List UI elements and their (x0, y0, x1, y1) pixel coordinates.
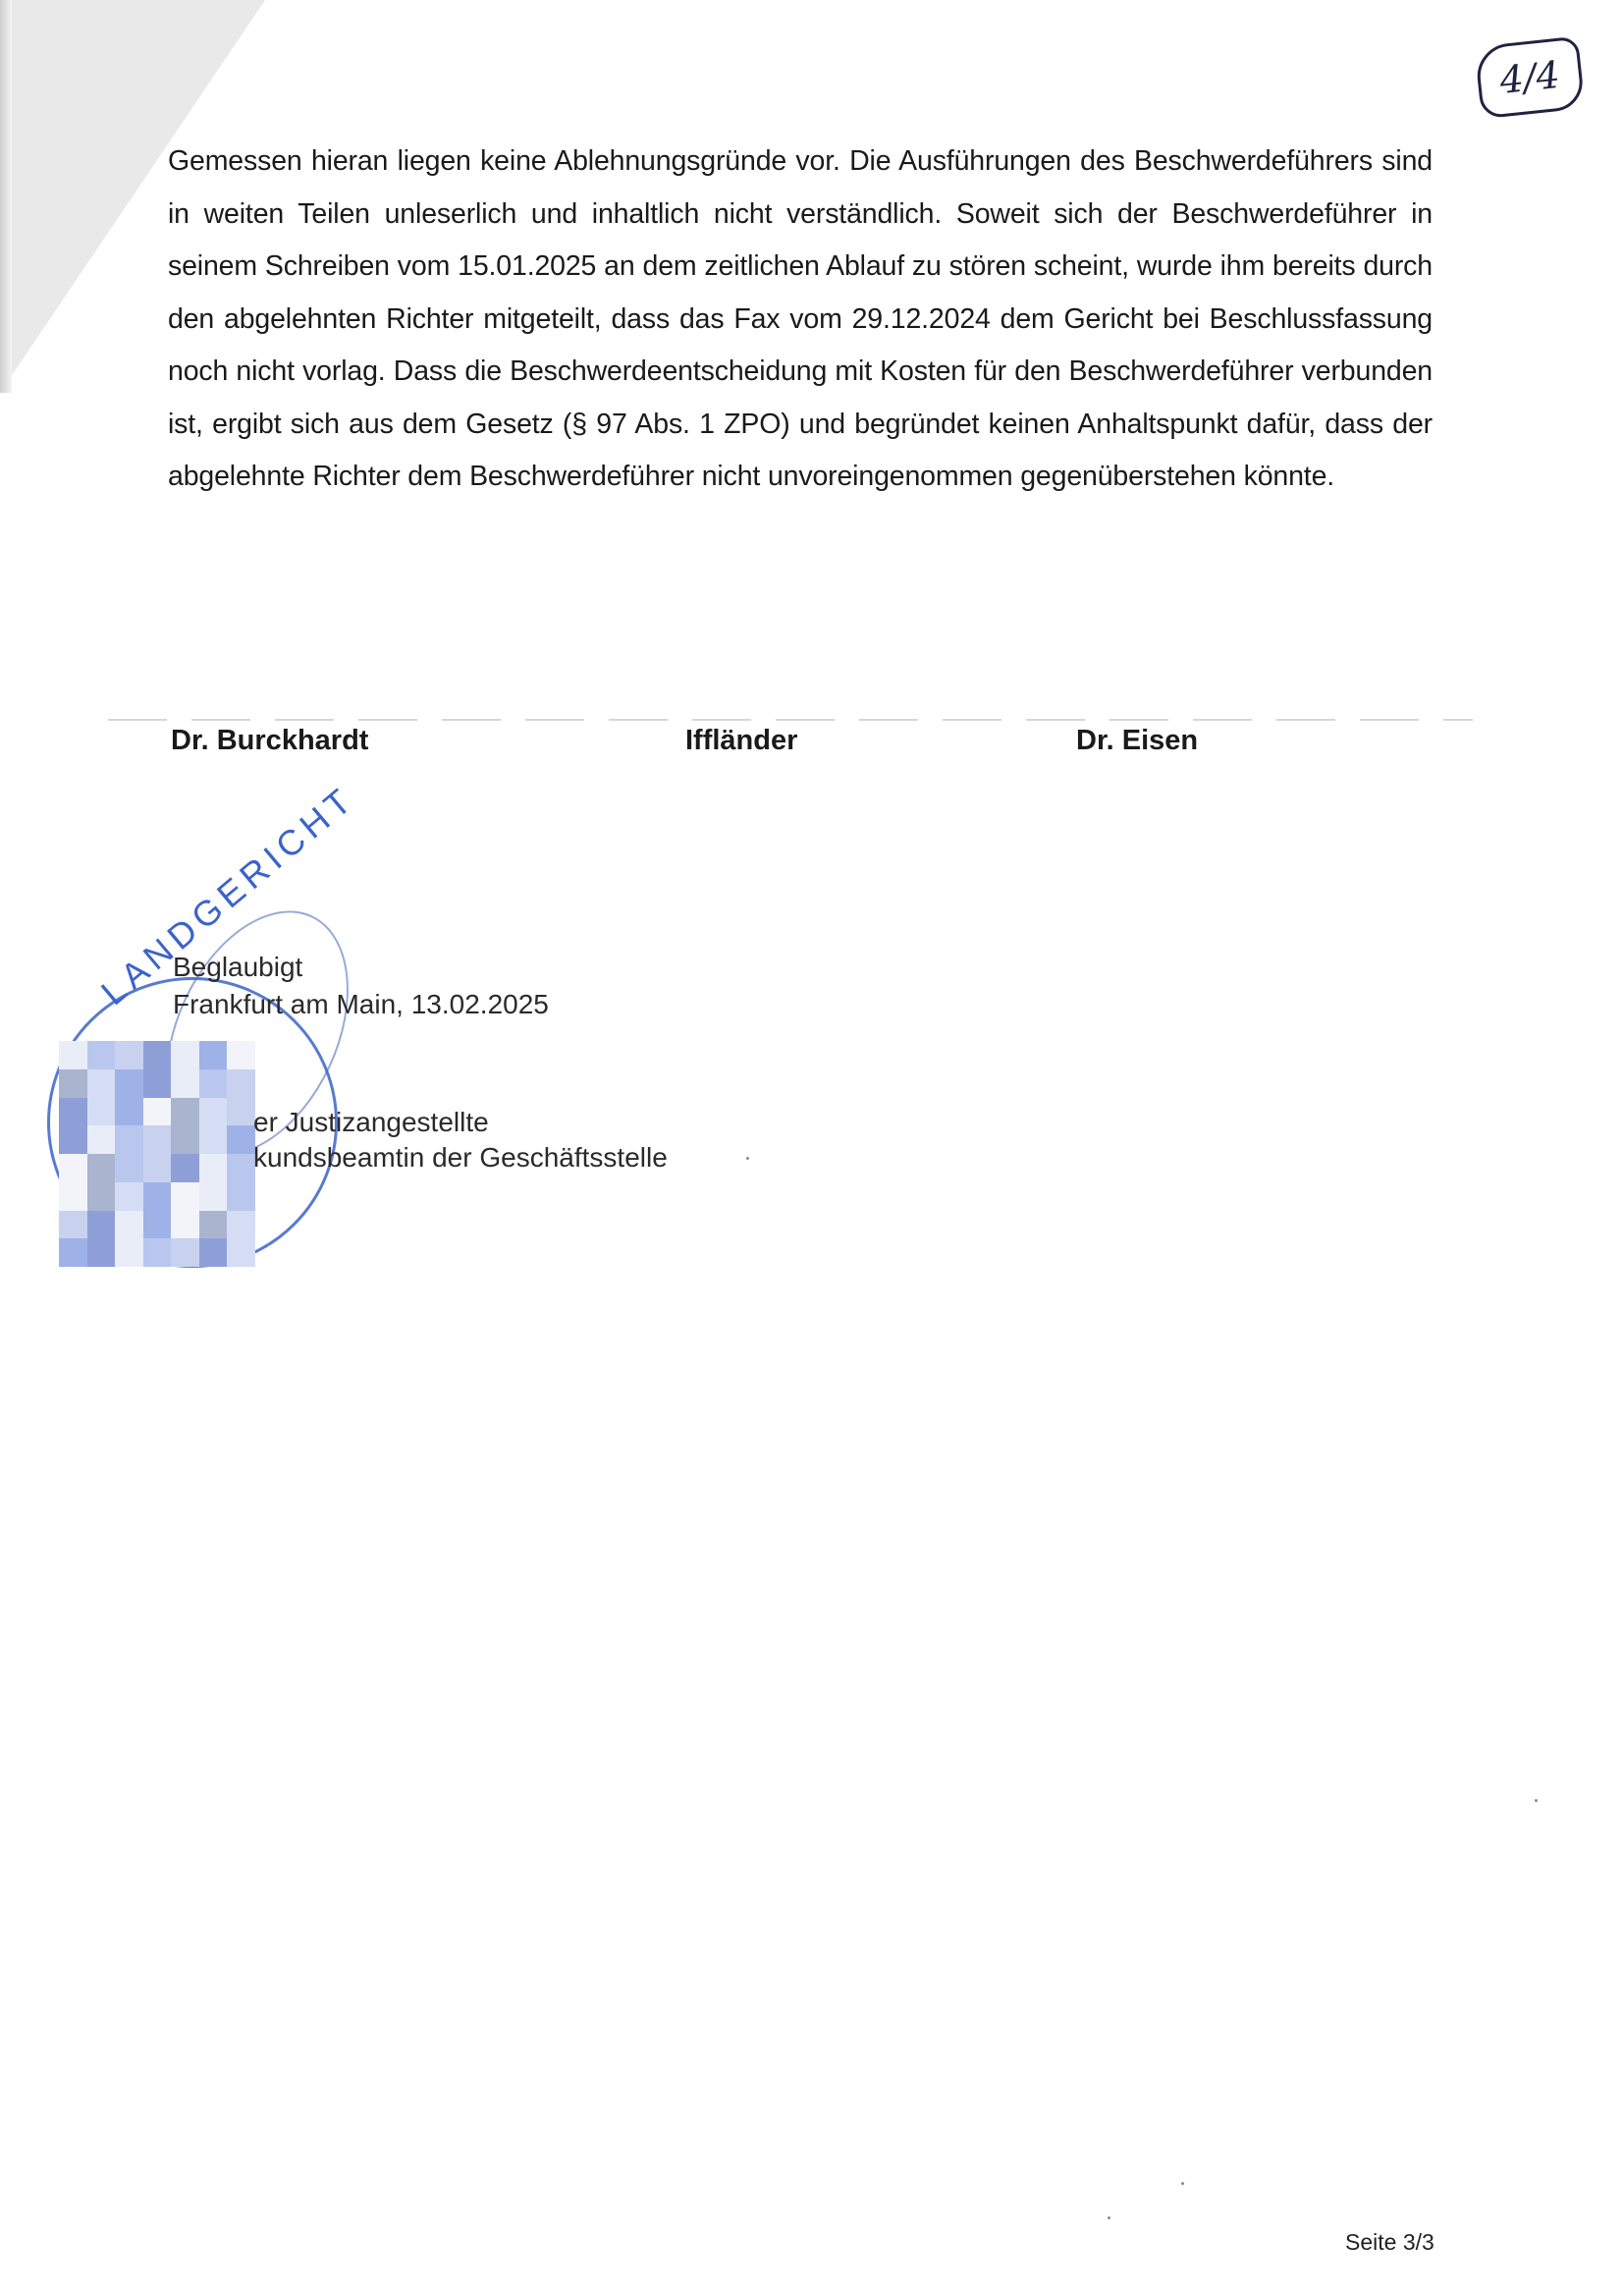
page-annotation-text: 4/4 (1497, 53, 1561, 102)
signatory-1: Dr. Burckhardt (171, 725, 368, 757)
certification-role-line-1: er Justizangestellte (253, 1104, 489, 1141)
scan-speck (1181, 2182, 1184, 2185)
certification-role-line-2: kundsbeamtin der Geschäftsstelle (253, 1139, 668, 1176)
scan-speck (746, 1157, 749, 1160)
signature-divider (108, 719, 1473, 721)
body-paragraph: Gemessen hieran liegen keine Ablehnungsg… (168, 136, 1433, 504)
signatory-3: Dr. Eisen (1076, 725, 1198, 757)
scan-speck (1535, 1799, 1538, 1802)
certification-label: Beglaubigt (173, 949, 302, 986)
scan-speck (1108, 2216, 1110, 2219)
certification-place-date: Frankfurt am Main, 13.02.2025 (173, 986, 549, 1023)
handwritten-page-annotation: 4/4 (1474, 36, 1585, 120)
page-number: Seite 3/3 (1345, 2229, 1434, 2256)
redacted-area (59, 1041, 255, 1267)
signatory-2: Iffländer (685, 725, 797, 757)
scan-edge-shadow (0, 0, 12, 393)
